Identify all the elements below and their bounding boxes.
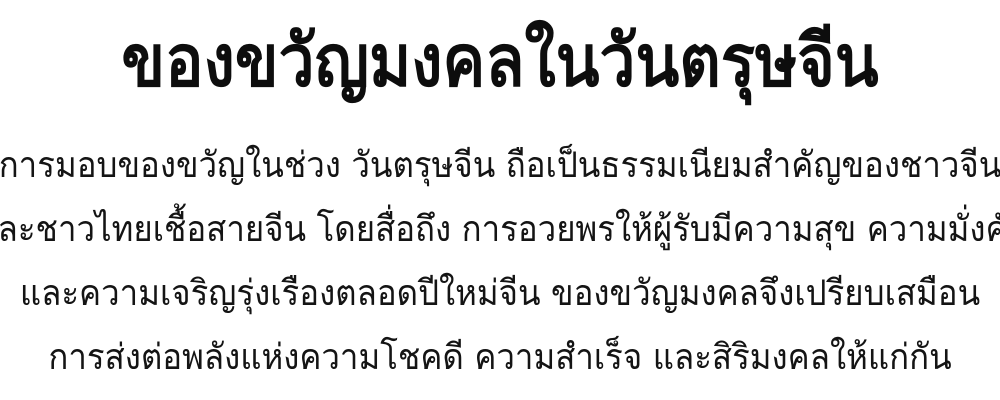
body-line-4: การส่งต่อพลังแห่งความโชคดี ความสำเร็จ แล… xyxy=(48,321,951,390)
article-page: ของขวัญมงคลในวันตรุษจีน การมอบของขวัญในช… xyxy=(0,0,1000,400)
article-body: การมอบของขวัญในช่วง วันตรุษจีน ถือเป็นธร… xyxy=(0,132,1000,388)
body-line-1: การมอบของขวัญในช่วง วันตรุษจีน ถือเป็นธร… xyxy=(0,129,1000,198)
body-line-3: และความเจริญรุ่งเรืองตลอดปีใหม่จีน ของขว… xyxy=(20,257,980,326)
page-title: ของขวัญมงคลในวันตรุษจีน xyxy=(121,0,878,125)
body-line-2: และชาวไทยเชื้อสายจีน โดยสื่อถึง การอวยพร… xyxy=(0,193,1000,262)
